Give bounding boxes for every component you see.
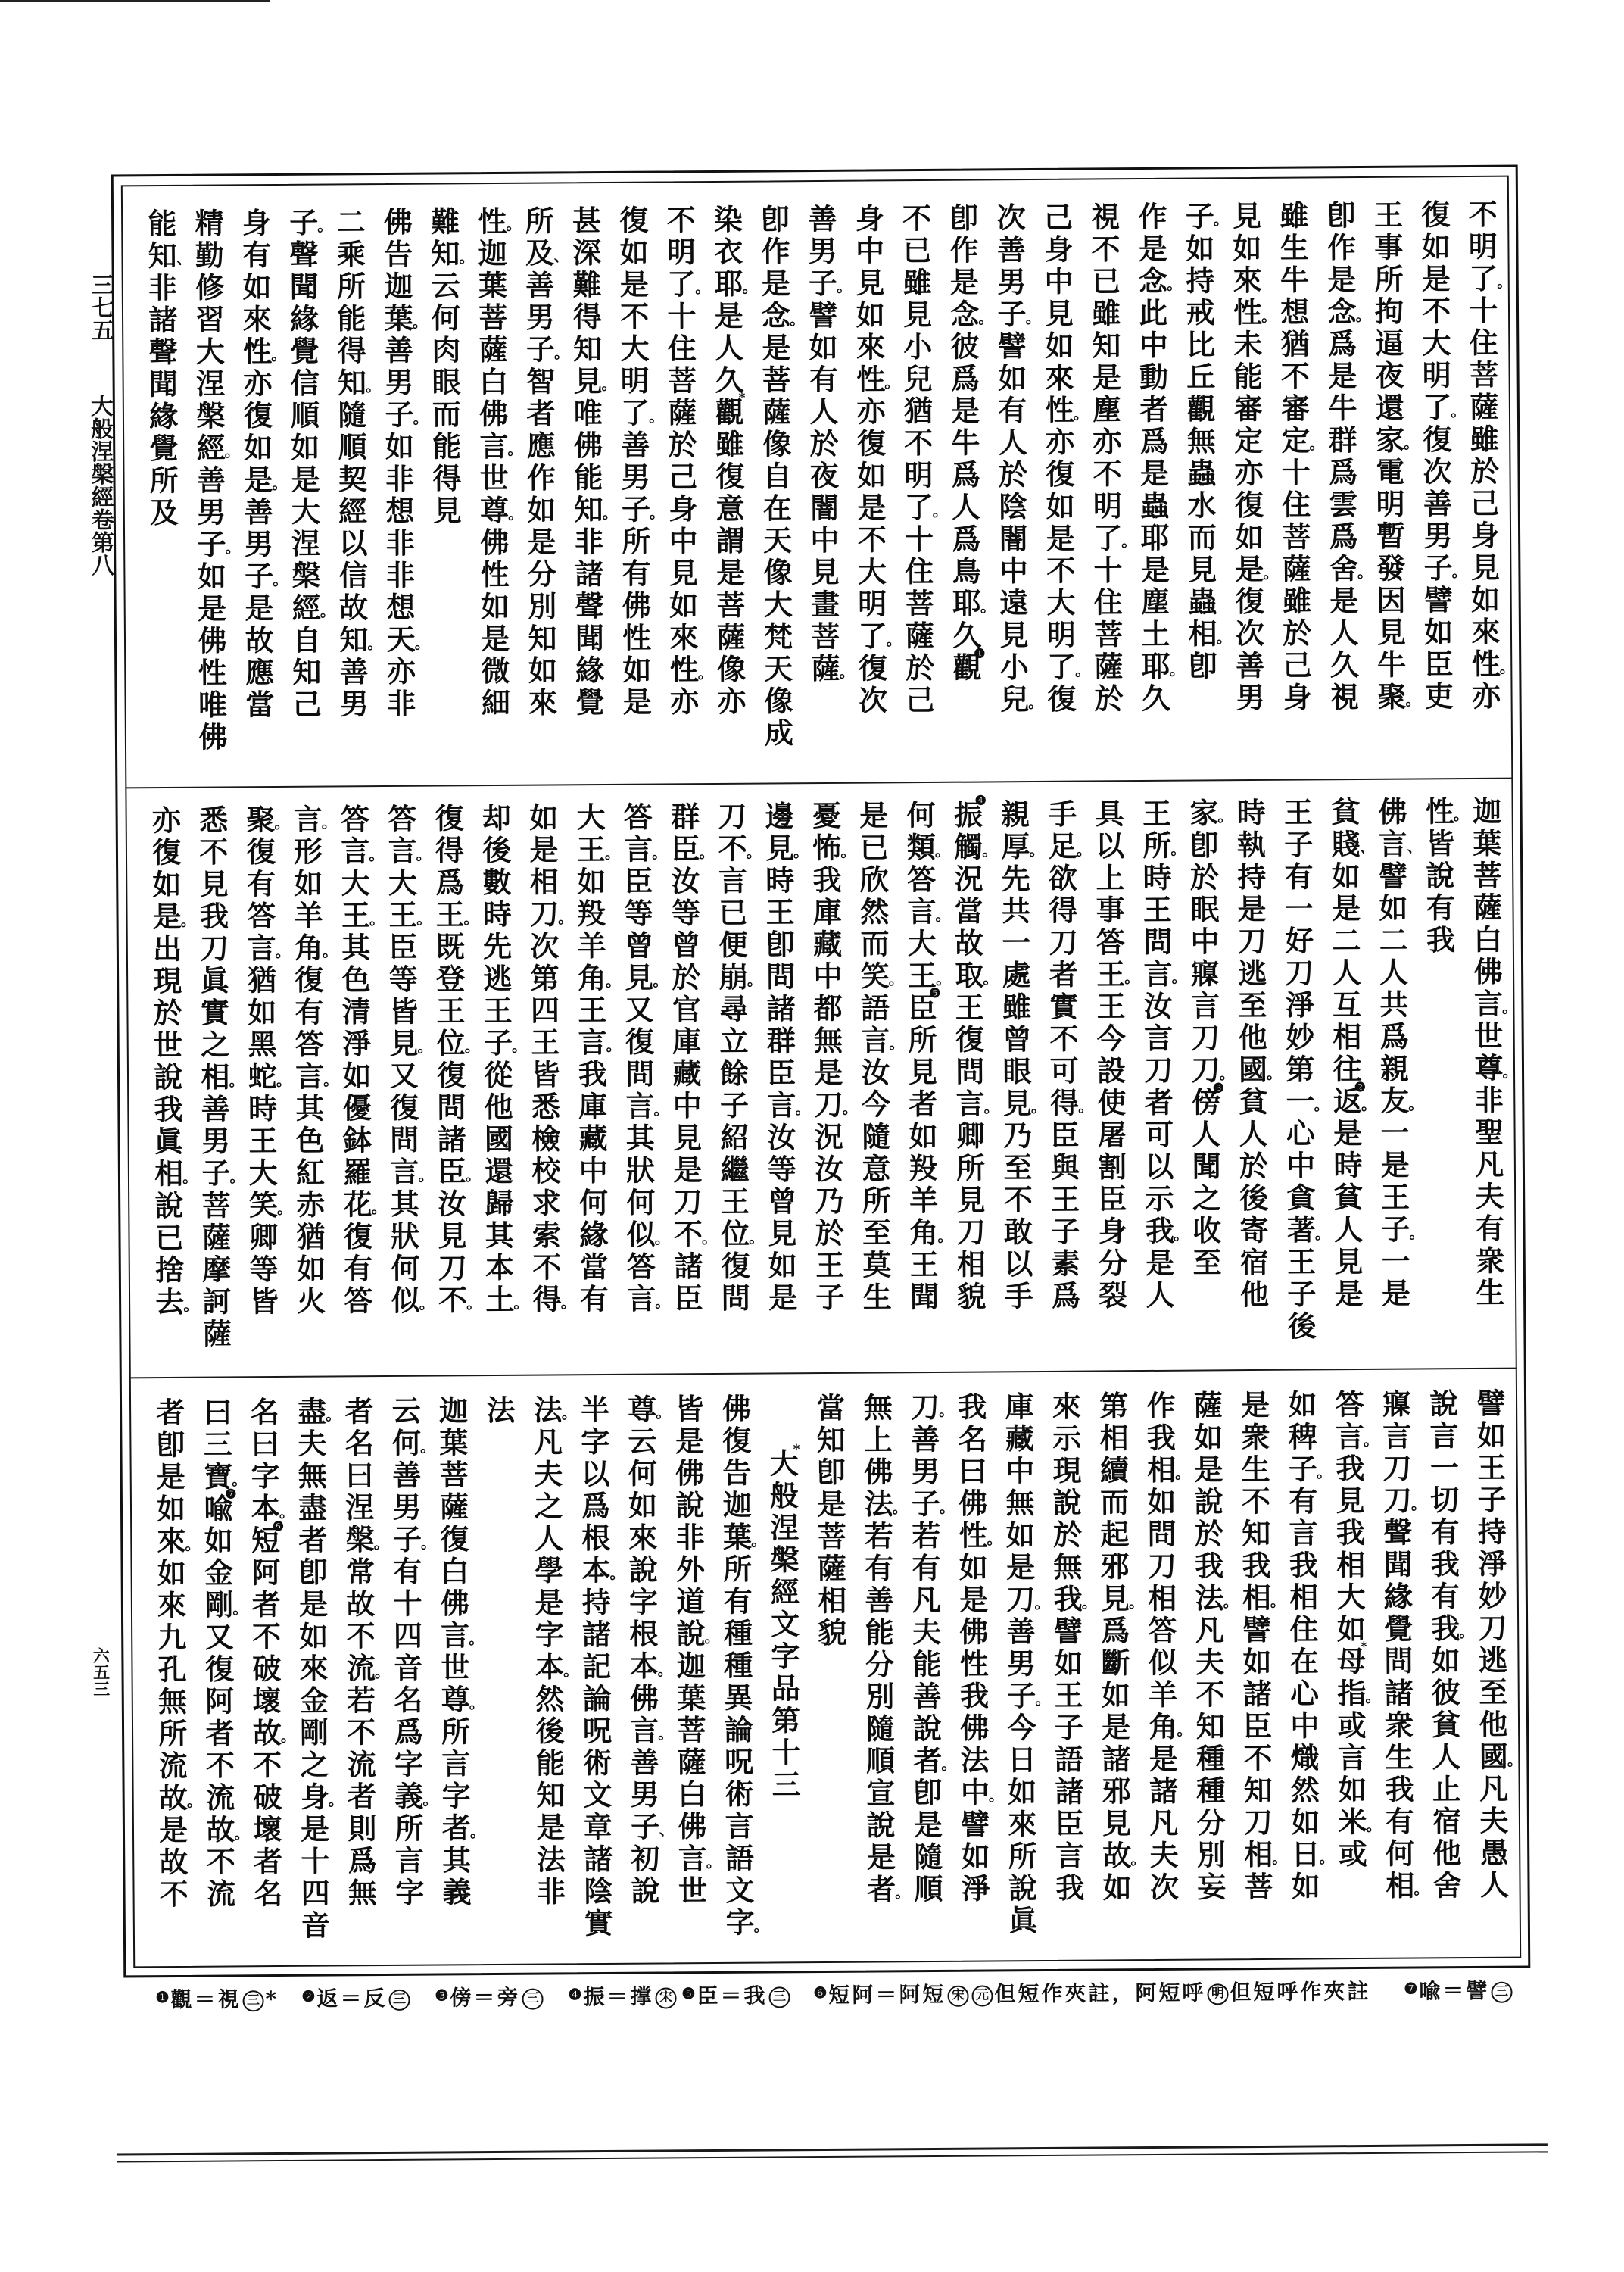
text-column: 當知卽是菩薩相貌	[805, 1393, 856, 1949]
text-column: 答言。大王。其色清淨如優鉢羅花。復有答	[329, 804, 379, 1360]
text-column: 王子有一好刀淨妙第一。心中貪著。王子後	[1272, 797, 1323, 1353]
text-column: 作是念。此中動者爲是蟲耶是塵土耶。久	[1127, 201, 1177, 758]
text-column: 曰三寶。❼喩如金剛。又復阿者不流故。不流	[192, 1397, 242, 1953]
footnote: ❼喩＝譬三	[1404, 1975, 1513, 2002]
text-column: 憂怖。我庫藏中都無是刀。況汝乃於王子	[800, 801, 851, 1357]
text-column: 身中見如來性。亦復如是不大明了。復次	[843, 203, 894, 760]
text-column: 不明了。十住菩薩於己身中見如來性。亦	[655, 204, 706, 761]
footnote-text: 短阿＝阿短	[828, 1982, 946, 2008]
text-column: 難知。云何肉眼而能得見	[419, 206, 469, 763]
text-column: 說言一切有我有我。如彼貧人止宿他舍	[1417, 1388, 1468, 1945]
edition-circle-mark: 三	[768, 1986, 790, 2008]
footnote-text: 但短作夾註，阿短呼	[994, 1980, 1205, 2006]
footnote: ❶觀＝視三*	[155, 1983, 279, 2010]
text-column: 身有如來性。亦復如是。善男子。是故應當	[230, 208, 281, 764]
edition-circle-mark: 三	[388, 1989, 410, 2010]
chapter-title: *大般涅槃經文字品第十三	[757, 1393, 808, 1949]
text-column: 是已欣然而笑。語言。汝今隨意所至莫生	[847, 800, 898, 1356]
text-column: 薩如是說於我法。凡夫不知種種分別妄	[1182, 1390, 1233, 1946]
text-column: 云何。善男子。有十四音名爲字義。所言字	[380, 1396, 431, 1952]
page-number-bottom: 六五三	[89, 1647, 111, 1697]
text-column: 染衣耶。是人久*觀雖復意謂是菩薩像亦	[702, 204, 753, 761]
text-column: 法	[474, 1395, 525, 1952]
text-column: 卽作是念。是菩薩像自在天像大梵天像成	[749, 204, 800, 760]
text-column: 次善男子。譬如有人於陰闇中遠見小兒。	[985, 202, 1036, 759]
footnote-text: 臣＝我	[697, 1983, 767, 2009]
text-column: 復如是不大明了。善男子。所有佛性如是	[607, 205, 658, 762]
footnote-marker: ❹	[568, 1985, 581, 2003]
edition-circle-mark: 明	[1207, 1983, 1228, 2005]
text-column: 精勤修習大涅槃經。善男子。如是佛性唯佛	[183, 208, 234, 764]
text-column: 大王。如羖羊角。王言。我庫藏中何緣當有	[565, 802, 616, 1359]
text-column: 寱言刀刀。聲聞緣覺問諸衆生我有何相。	[1370, 1389, 1421, 1946]
text-column: 佛告迦葉。善男子。如非想非非想天。亦非	[372, 207, 422, 763]
text-column: 庫藏中無如是刀。善男子。今日如來所說眞	[993, 1391, 1044, 1948]
text-column: 是衆生不知我相。譬如諸臣不知刀相。菩	[1229, 1390, 1280, 1946]
footnote-marker: ❷	[301, 1987, 315, 2005]
text-column: 王所。時王問言。汝言刀者可以示我。是人	[1130, 798, 1181, 1355]
footnote: ❻短阿＝阿短宋元但短作夾註，阿短呼明但短呼作夾註	[813, 1976, 1370, 2005]
text-column: 者名曰涅槃。常故不流。若不流者則爲無	[333, 1396, 384, 1952]
text-column: 見如來性。未能審定亦復如是。復次善男	[1220, 201, 1271, 757]
running-title: 大般涅槃經卷第八	[88, 395, 113, 578]
text-column: 迦葉菩薩復白佛言。世尊。所言字者。其義	[427, 1395, 478, 1952]
text-column: 佛言、譬如二人共爲親友。一是王子。一是	[1367, 797, 1417, 1353]
text-column: 半字以爲根本。持諸記論呪術文章諸陰實	[569, 1394, 619, 1951]
text-column: 答言。我見我相大如*母指。或言如米。或	[1323, 1389, 1374, 1946]
text-column: 佛復告迦葉。所有種種異論呪術言語文字。	[710, 1393, 761, 1950]
text-column: 子。聲聞緣覺信順如是大涅槃經。自知己	[277, 208, 328, 764]
text-column: 尊。云何如來說字根本。佛言。善男子、初說	[616, 1393, 666, 1950]
text-column: 雖生牛想猶不審定。十住菩薩雖於己身	[1268, 200, 1319, 757]
text-column: 復得爲王。既登王位。復問諸臣。汝見刀不。	[423, 803, 474, 1359]
text-column: 性。皆說有我	[1414, 796, 1464, 1353]
text-column: 復如是不大明了。復次善男子。譬如臣吏	[1409, 199, 1460, 756]
text-column: 己身中見如來性。亦復如是不大明了。復	[1032, 202, 1083, 759]
text-column: 我名曰佛性。如是佛性我佛法中。譬如淨	[946, 1391, 996, 1948]
text-column: 答言。臣等曾見。又復問言。其狀何似。答言。	[612, 801, 662, 1358]
footnote-marker: ❸	[435, 1986, 448, 2004]
text-column: 貧賤、如是二人互相往❷返。是時貧人見是	[1319, 797, 1370, 1353]
footnote-text: 傍＝旁	[450, 1985, 520, 2011]
text-column: 具以上事答王。王今設使屠割臣身分裂	[1083, 798, 1134, 1355]
text-column: 刀。善男子。若有凡夫能善說者。卽是隨順	[899, 1392, 949, 1949]
text-column: 何類。答言。大王。❺臣所見者如羖羊角。王聞	[895, 800, 946, 1356]
text-column: 親厚。先共一處雖曾眼見。乃至不敢以手	[989, 799, 1040, 1356]
text-column: 者卽是如來。如來九孔無所流故。是故不	[144, 1397, 195, 1954]
scan-edge-artifact	[0, 0, 270, 2]
text-column: 手足。欲得刀者實不可得。臣與王子素爲	[1036, 799, 1087, 1356]
text-column: 如是相刀。次第四王皆悉檢校求索不得。	[517, 802, 568, 1359]
edition-circle-mark: 元	[971, 1985, 993, 2006]
text-column: 甚深難得知見。唯佛能知。非諸聲聞緣覺	[560, 205, 611, 762]
edition-circle-mark: 三	[522, 1988, 543, 2009]
text-column: 盡。夫無盡者卽是如來金剛之身。是十四音	[285, 1397, 336, 1953]
footnote: ❸傍＝旁三	[435, 1982, 544, 2008]
text-column: 譬如王子持淨妙刀逃至他國。凡夫愚人	[1465, 1388, 1516, 1945]
footnote: ❺臣＝我三	[681, 1980, 791, 2006]
text-column: 作我相。如問刀相答似羊角。是諸凡夫次	[1135, 1390, 1186, 1947]
text-column: 王事所拘逼夜還家。電明暫發因見牛聚。	[1362, 200, 1413, 757]
text-column: ❹振觸。況當故取。王復問言。卿所見刀相貌	[942, 799, 993, 1356]
footnote-marker: ❶	[155, 1988, 169, 2006]
text-column: 性。迦葉菩薩白佛言。世尊。佛性如是微細	[466, 206, 516, 763]
edition-circle-mark: 三	[1491, 1981, 1512, 2002]
edition-circle-mark: 宋	[947, 1985, 968, 2006]
text-column: 却後數時先逃王子。從他國還歸其本土。	[470, 803, 521, 1359]
footnote-text: 喩＝譬	[1419, 1978, 1489, 2004]
text-column: 答言。大王。臣等皆見。又復問言。其狀何似。	[376, 804, 426, 1360]
text-column: 時執持是刀逃至他國。貧人於後寄宿他	[1225, 797, 1276, 1354]
register-top: 不明了。十住菩薩雖於己身見如來性。亦 復如是不大明了。復次善男子。譬如臣吏 王事…	[136, 199, 1507, 766]
text-column: 第相續而起邪見。爲斷如是諸邪見故。如	[1087, 1390, 1138, 1947]
text-column: 不已雖見小兒猶不明了。十住菩薩於己	[890, 203, 941, 760]
text-column: 能知、非諸聲聞緣覺所及	[136, 208, 186, 765]
page-number-top: 三七五	[89, 273, 112, 342]
text-column: 二乘所能得知。隨順契經以信故知。善男	[325, 207, 376, 763]
register-middle: 迦葉菩薩白佛言。世尊。非聖凡夫有衆生 性。皆說有我 佛言、譬如二人共爲親友。一是…	[140, 796, 1512, 1362]
text-column: 所及、善男子。智者應作如是分別知如來	[513, 205, 564, 762]
text-column: 來示現說於無我。譬如王子語諸臣言我	[1040, 1391, 1091, 1948]
text-column: 迦葉菩薩白佛言。世尊。非聖凡夫有衆生	[1460, 796, 1511, 1353]
text-column: 悉不見我刀眞實之相。善男子。菩薩摩訶薩	[187, 804, 238, 1361]
text-column: 法。凡夫之人學是字本。然後能知是法非	[522, 1394, 572, 1951]
footnote: ❷返＝反三	[301, 1983, 411, 2009]
text-column: 亦復如是。出現於世說我眞相。說已捨去。	[140, 805, 191, 1362]
text-column: 群臣。汝等曾於官庫藏中見是刀不。諸臣	[659, 801, 709, 1358]
footnote-marker: ❻	[813, 1983, 827, 2002]
edition-circle-mark: 宋	[655, 1987, 676, 2008]
text-column: 卽作是念。爲是牛群爲雲爲舍。是人久視	[1315, 200, 1366, 757]
footnote-text: 觀＝視	[170, 1986, 241, 2012]
footnote: ❹振＝撑宋	[568, 1980, 678, 2007]
text-column: 家。卽於眠中寱言刀刀。❸傍人聞之收至	[1177, 797, 1228, 1354]
footnote-marker: ❼	[1404, 1980, 1417, 1998]
text-column: 子。如持戒比丘觀無蟲水而見蟲相。卽	[1174, 201, 1224, 757]
footnote-asterisk: *	[265, 1986, 279, 2011]
text-column: 善男子。譬如有人於夜闇中見畫菩薩。	[796, 204, 847, 760]
text-column: 刀不。言已便崩。尋立餘子紹繼王位。復問	[706, 801, 756, 1358]
footnote-text: 返＝反	[316, 1986, 387, 2011]
text-column: 皆是佛說非外道說。迦葉菩薩白佛言。世	[663, 1393, 714, 1950]
edition-circle-mark: 三	[242, 1990, 263, 2011]
text-column: 無上佛法。若有善能分別隨順宣說是者。	[852, 1392, 902, 1949]
register-bottom: 譬如王子持淨妙刀逃至他國。凡夫愚人 說言一切有我有我。如彼貧人止宿他舍 寱言刀刀…	[144, 1388, 1516, 1955]
footnote-marker: ❺	[681, 1984, 695, 2002]
text-column: 名曰字本。❻短阿者不破壞故。不破壞者名	[238, 1397, 289, 1953]
text-column: 言。形如羊角。復有答言。其色紅赤猶如火	[282, 804, 332, 1361]
scanned-page: 三七五 大般涅槃經卷第八 六五三 不明了。十住菩薩雖於己身見如來性。亦 復如是不…	[0, 0, 1624, 2272]
text-column: 聚。復有答言。猶如黑蛇。時王大笑。卿等皆	[235, 804, 285, 1361]
footnote-text: 振＝撑	[583, 1984, 653, 2010]
text-column: 視不已雖知是塵亦不明了。十住菩薩於	[1079, 201, 1130, 758]
text-column: 邊見。時王卽問諸群臣言。汝等曾見如是	[753, 801, 804, 1357]
text-column: 不明了。十住菩薩雖於己身見如來性。亦	[1457, 199, 1507, 756]
footnote-text: 但短呼作夾註	[1230, 1979, 1370, 2005]
text-column: 如稗子。有言我相住在心中熾然如日。如	[1276, 1389, 1326, 1946]
text-column: 卽作是念。彼爲是牛爲人爲鳥耶。久❶觀	[937, 202, 988, 759]
